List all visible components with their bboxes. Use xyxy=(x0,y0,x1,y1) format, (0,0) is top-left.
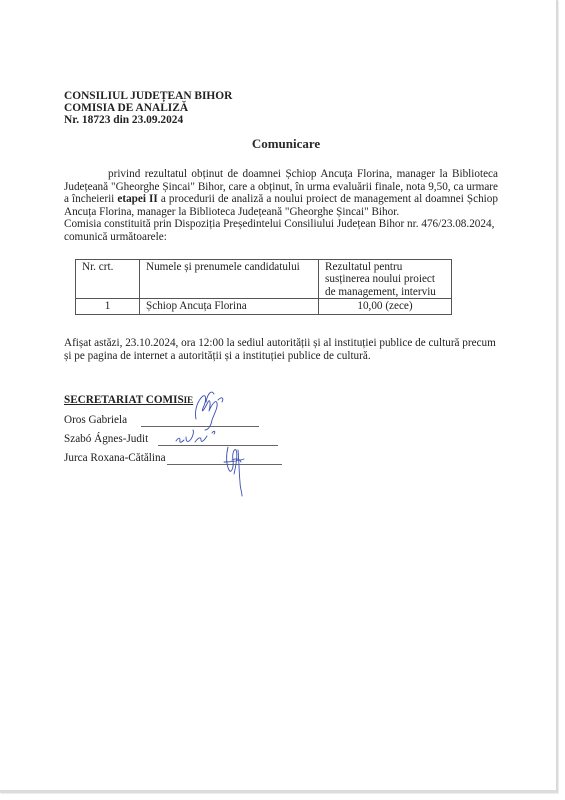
commission-name: COMISIA DE ANALIZĂ xyxy=(64,102,232,114)
signature-line-2 xyxy=(158,445,278,446)
notice-line-2: și pe pagina de internet a autorității ș… xyxy=(64,350,514,363)
secretariat-section: SECRETARIAT COMISIE xyxy=(64,393,193,407)
commission-paragraph: Comisia constituită prin Dispoziția Preș… xyxy=(64,218,498,243)
table-row: 1 Șchiop Ancuța Florina 10,00 (zece) xyxy=(76,299,452,315)
posting-notice: Afișat astăzi, 23.10.2024, ora 12:00 la … xyxy=(64,337,514,362)
cell-name: Șchiop Ancuța Florina xyxy=(140,299,319,315)
document-header: CONSILIUL JUDEȚEAN BIHOR COMISIA DE ANAL… xyxy=(64,90,232,127)
secretariat-title: SECRETARIAT COMISIE xyxy=(64,393,193,407)
column-header-nr: Nr. crt. xyxy=(76,260,140,299)
document-page: CONSILIUL JUDEȚEAN BIHOR COMISIA DE ANAL… xyxy=(0,0,558,793)
results-table: Nr. crt. Numele și prenumele candidatulu… xyxy=(75,259,452,315)
notice-line-1: Afișat astăzi, 23.10.2024, ora 12:00 la … xyxy=(64,337,514,350)
column-header-name: Numele și prenumele candidatului xyxy=(140,260,319,299)
cell-nr: 1 xyxy=(76,299,140,315)
table-header-row: Nr. crt. Numele și prenumele candidatulu… xyxy=(76,260,452,299)
member-name-3: Jurca Roxana-Cătălina xyxy=(64,452,166,465)
intro-paragraph: privind rezultatul obținut de doamnei Șc… xyxy=(64,168,498,218)
signature-line-1 xyxy=(141,426,259,427)
member-name-1: Oros Gabriela xyxy=(64,414,127,427)
intro-text-bold: etapei II xyxy=(117,193,157,205)
cell-result: 10,00 (zece) xyxy=(319,299,452,315)
document-body: privind rezultatul obținut de doamnei Șc… xyxy=(64,168,498,244)
secretariat-title-tail: IE xyxy=(184,395,194,405)
institution-name: CONSILIUL JUDEȚEAN BIHOR xyxy=(64,90,232,102)
member-name-2: Szabó Ágnes-Judit xyxy=(64,433,148,446)
secretariat-title-main: SECRETARIAT COMIS xyxy=(64,394,184,406)
signature-line-3 xyxy=(167,464,282,465)
reference-number: Nr. 18723 din 23.09.2024 xyxy=(64,114,232,126)
column-header-result: Rezultatul pentru susținerea noului proi… xyxy=(319,260,452,299)
document-title: Comunicare xyxy=(8,136,564,152)
